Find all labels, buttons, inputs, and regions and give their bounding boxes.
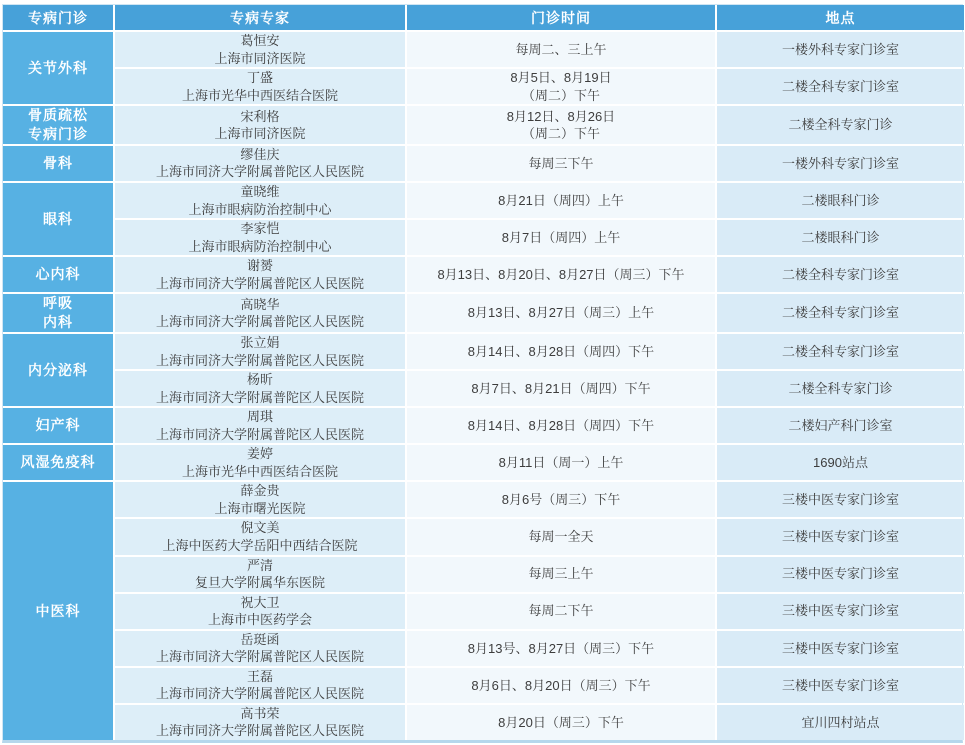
location-cell: 二楼眼科门诊 (717, 183, 964, 218)
expert-hospital: 上海市同济医院 (214, 125, 305, 143)
expert-name: 祝大卫 (240, 594, 279, 612)
time-cell: 8月14日、8月28日（周四）下午 (407, 408, 715, 443)
time-cell: 8月21日（周四）上午 (407, 183, 715, 218)
expert-hospital: 上海市同济大学附属普陀区人民医院 (156, 722, 364, 740)
time-cell: 每周二、三上午 (407, 32, 715, 67)
expert-hospital: 上海市曙光医院 (214, 500, 305, 518)
expert-cell: 周琪上海市同济大学附属普陀区人民医院 (115, 408, 405, 443)
time-cell: 每周一全天 (407, 519, 715, 554)
expert-cell: 祝大卫上海市中医药学会 (115, 594, 405, 629)
time-cell: 8月6日、8月20日（周三）下午 (407, 668, 715, 703)
category-cell: 妇产科 (3, 408, 113, 443)
location-cell: 二楼眼科门诊 (717, 220, 964, 255)
location-cell: 三楼中医专家门诊室 (717, 594, 964, 629)
expert-cell: 葛恒安上海市同济医院 (115, 32, 405, 67)
expert-name: 高书荣 (240, 705, 279, 723)
expert-hospital: 复旦大学附属华东医院 (195, 574, 325, 592)
time-cell: 每周三上午 (407, 557, 715, 592)
time-cell: 8月14日、8月28日（周四）下午 (407, 334, 715, 369)
expert-cell: 高晓华上海市同济大学附属普陀区人民医院 (115, 294, 405, 332)
expert-hospital: 上海市光华中西医结合医院 (182, 463, 338, 481)
expert-cell: 李家恺上海市眼病防治控制中心 (115, 220, 405, 255)
time-cell: 8月5日、8月19日 （周二）下午 (407, 69, 715, 104)
category-cell: 眼科 (3, 183, 113, 255)
expert-cell: 岳珽函上海市同济大学附属普陀区人民医院 (115, 631, 405, 666)
location-cell: 二楼全科专家门诊 (717, 106, 964, 144)
time-cell: 每周二下午 (407, 594, 715, 629)
expert-hospital: 上海市眼病防治控制中心 (188, 238, 331, 256)
category-cell: 呼吸 内科 (3, 294, 113, 332)
expert-cell: 高书荣上海市同济大学附属普陀区人民医院 (115, 705, 405, 740)
time-cell: 8月13号、8月27日（周三）下午 (407, 631, 715, 666)
expert-cell: 王磊上海市同济大学附属普陀区人民医院 (115, 668, 405, 703)
location-cell: 二楼全科专家门诊室 (717, 69, 964, 104)
expert-name: 杨昕 (247, 371, 273, 389)
location-cell: 1690站点 (717, 445, 964, 480)
expert-hospital: 上海市中医药学会 (208, 611, 312, 629)
location-cell: 一楼外科专家门诊室 (717, 32, 964, 67)
time-cell: 8月13日、8月27日（周三）上午 (407, 294, 715, 332)
expert-name: 缪佳庆 (240, 146, 279, 164)
location-cell: 宜川四村站点 (717, 705, 964, 740)
expert-cell: 杨昕上海市同济大学附属普陀区人民医院 (115, 371, 405, 406)
location-cell: 三楼中医专家门诊室 (717, 557, 964, 592)
header-expert-column: 专病专家 (115, 5, 405, 30)
expert-cell: 缪佳庆上海市同济大学附属普陀区人民医院 (115, 146, 405, 181)
expert-name: 童晓维 (240, 183, 279, 201)
expert-hospital: 上海市同济大学附属普陀区人民医院 (156, 352, 364, 370)
expert-cell: 宋利格上海市同济医院 (115, 106, 405, 144)
time-cell: 8月20日（周三）下午 (407, 705, 715, 740)
expert-cell: 丁盛上海市光华中西医结合医院 (115, 69, 405, 104)
location-cell: 一楼外科专家门诊室 (717, 146, 964, 181)
expert-cell: 童晓维上海市眼病防治控制中心 (115, 183, 405, 218)
category-cell: 风湿免疫科 (3, 445, 113, 480)
expert-name: 姜婷 (247, 445, 273, 463)
expert-name: 严清 (247, 557, 273, 575)
time-cell: 8月13日、8月20日、8月27日（周三）下午 (407, 257, 715, 292)
expert-cell: 张立娟上海市同济大学附属普陀区人民医院 (115, 334, 405, 369)
expert-name: 周琪 (247, 408, 273, 426)
location-cell: 二楼全科专家门诊室 (717, 294, 964, 332)
category-cell: 心内科 (3, 257, 113, 292)
category-cell: 骨质疏松 专病门诊 (3, 106, 113, 144)
expert-cell: 严清复旦大学附属华东医院 (115, 557, 405, 592)
category-cell: 关节外科 (3, 32, 113, 104)
expert-hospital: 上海中医药大学岳阳中西结合医院 (162, 537, 357, 555)
expert-hospital: 上海市同济医院 (214, 50, 305, 68)
expert-cell: 薛金贵上海市曙光医院 (115, 482, 405, 517)
header-clinic-column: 专病门诊 (3, 5, 113, 30)
expert-name: 丁盛 (247, 69, 273, 87)
expert-hospital: 上海市同济大学附属普陀区人民医院 (156, 313, 364, 331)
location-cell: 三楼中医专家门诊室 (717, 631, 964, 666)
header-location-column: 地点 (717, 5, 964, 30)
location-cell: 三楼中医专家门诊室 (717, 482, 964, 517)
expert-hospital: 上海市同济大学附属普陀区人民医院 (156, 275, 364, 293)
expert-name: 谢赟 (247, 257, 273, 275)
header-time-column: 门诊时间 (407, 5, 715, 30)
clinic-schedule-table: 专病门诊 专病专家 门诊时间 地点 关节外科骨质疏松 专病门诊骨科眼科心内科呼吸… (2, 4, 963, 743)
time-cell: 8月11日（周一）上午 (407, 445, 715, 480)
expert-hospital: 上海市同济大学附属普陀区人民医院 (156, 426, 364, 444)
expert-hospital: 上海市同济大学附属普陀区人民医院 (156, 648, 364, 666)
category-cell: 骨科 (3, 146, 113, 181)
expert-hospital: 上海市眼病防治控制中心 (188, 201, 331, 219)
location-cell: 三楼中医专家门诊室 (717, 519, 964, 554)
expert-name: 高晓华 (240, 296, 279, 314)
category-cell: 中医科 (3, 482, 113, 740)
location-cell: 二楼全科专家门诊 (717, 371, 964, 406)
time-cell: 8月6号（周三）下午 (407, 482, 715, 517)
expert-name: 葛恒安 (240, 32, 279, 50)
expert-name: 宋利格 (240, 108, 279, 126)
table-body: 关节外科骨质疏松 专病门诊骨科眼科心内科呼吸 内科内分泌科妇产科风湿免疫科中医科… (3, 32, 962, 740)
location-cell: 二楼全科专家门诊室 (717, 257, 964, 292)
time-cell: 8月7日（周四）上午 (407, 220, 715, 255)
expert-cell: 谢赟上海市同济大学附属普陀区人民医院 (115, 257, 405, 292)
expert-hospital: 上海市光华中西医结合医院 (182, 87, 338, 105)
expert-name: 倪文美 (240, 519, 279, 537)
time-cell: 8月12日、8月26日 （周二）下午 (407, 106, 715, 144)
table-header-row: 专病门诊 专病专家 门诊时间 地点 (3, 5, 962, 30)
expert-hospital: 上海市同济大学附属普陀区人民医院 (156, 685, 364, 703)
expert-hospital: 上海市同济大学附属普陀区人民医院 (156, 163, 364, 181)
location-cell: 三楼中医专家门诊室 (717, 668, 964, 703)
expert-name: 王磊 (247, 668, 273, 686)
expert-name: 张立娟 (240, 334, 279, 352)
location-cell: 二楼全科专家门诊室 (717, 334, 964, 369)
time-cell: 每周三下午 (407, 146, 715, 181)
expert-cell: 倪文美上海中医药大学岳阳中西结合医院 (115, 519, 405, 554)
expert-hospital: 上海市同济大学附属普陀区人民医院 (156, 389, 364, 407)
time-cell: 8月7日、8月21日（周四）下午 (407, 371, 715, 406)
category-cell: 内分泌科 (3, 334, 113, 406)
expert-name: 李家恺 (240, 220, 279, 238)
location-cell: 二楼妇产科门诊室 (717, 408, 964, 443)
expert-name: 薛金贵 (240, 482, 279, 500)
expert-cell: 姜婷上海市光华中西医结合医院 (115, 445, 405, 480)
expert-name: 岳珽函 (240, 631, 279, 649)
